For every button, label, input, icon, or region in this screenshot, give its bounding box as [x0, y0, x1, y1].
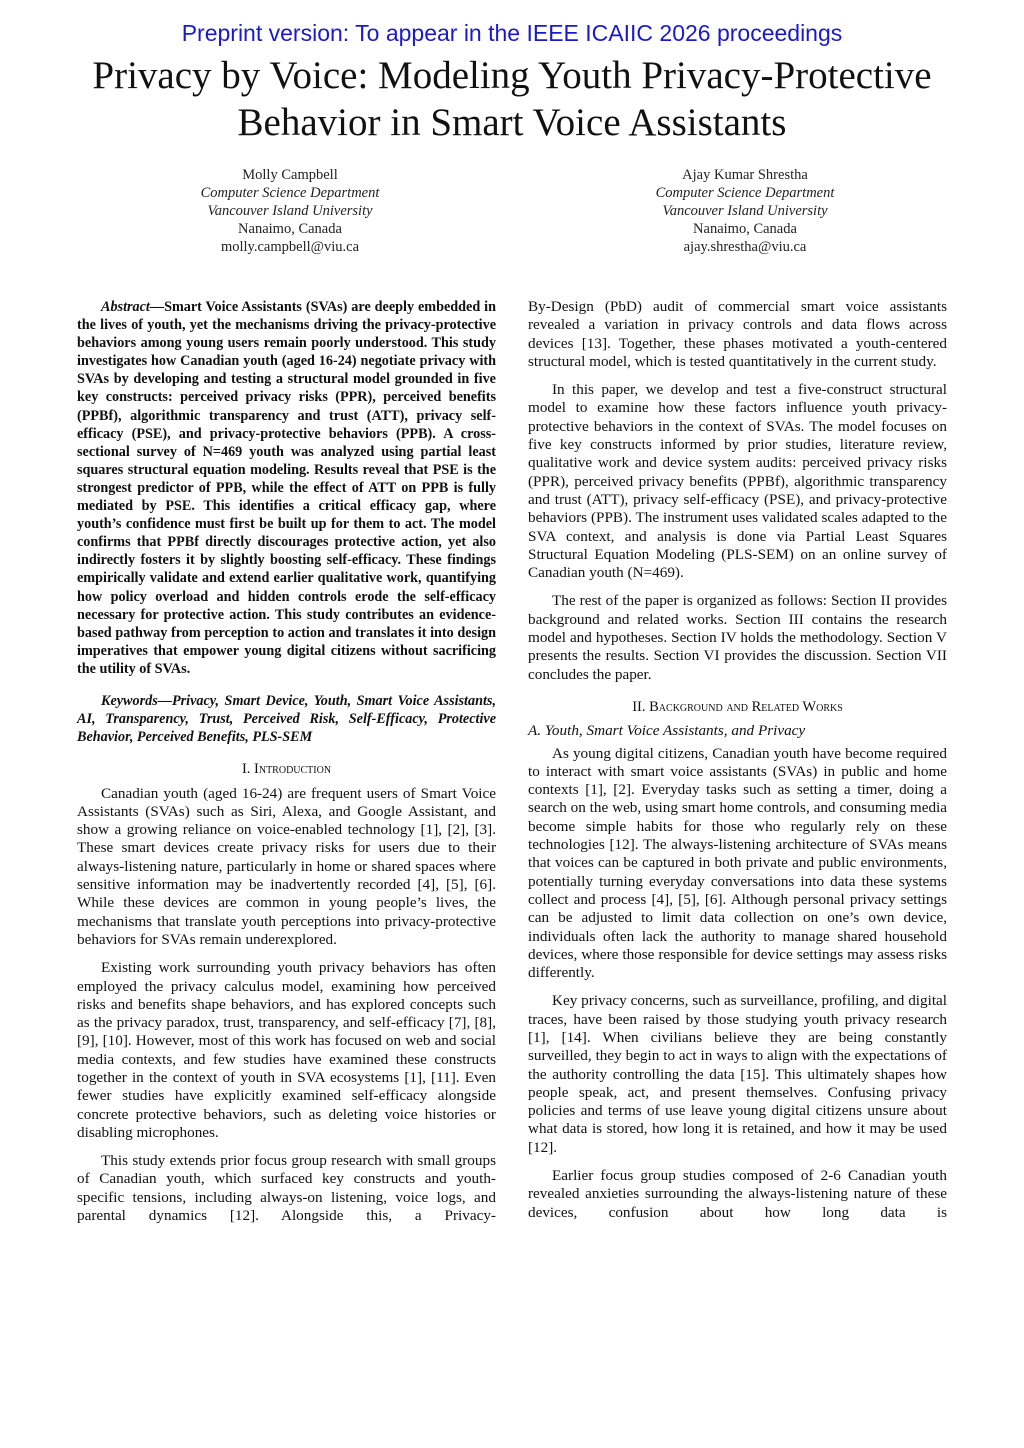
paragraph: By-Design (PbD) audit of commercial smar…: [528, 298, 947, 371]
section-heading-introduction: I. Introduction: [77, 760, 496, 778]
subsection-heading: A. Youth, Smart Voice Assistants, and Pr…: [528, 722, 947, 740]
author-name: Molly Campbell: [125, 166, 455, 184]
paragraph: In this paper, we develop and test a fiv…: [528, 381, 947, 582]
section-heading-background: II. Background and Related Works: [528, 698, 947, 716]
paragraph: Key privacy concerns, such as surveillan…: [528, 992, 947, 1157]
keywords: Keywords—Privacy, Smart Device, Youth, S…: [77, 692, 496, 746]
author-department: Computer Science Department: [125, 184, 455, 202]
author-university: Vancouver Island University: [580, 202, 910, 220]
paragraph: Earlier focus group studies composed of …: [528, 1167, 947, 1222]
author-name: Ajay Kumar Shrestha: [580, 166, 910, 184]
paragraph: Existing work surrounding youth privacy …: [77, 959, 496, 1142]
author-university: Vancouver Island University: [125, 202, 455, 220]
author-block-2: Ajay Kumar Shrestha Computer Science Dep…: [580, 166, 910, 256]
paragraph: This study extends prior focus group res…: [77, 1152, 496, 1225]
author-location: Nanaimo, Canada: [580, 220, 910, 238]
abstract-text: Smart Voice Assistants (SVAs) are deeply…: [77, 299, 496, 677]
left-column: Abstract—Smart Voice Assistants (SVAs) a…: [77, 298, 496, 1235]
keywords-label: Keywords—: [101, 693, 172, 709]
paragraph: As young digital citizens, Canadian yout…: [528, 745, 947, 983]
author-email: ajay.shrestha@viu.ca: [580, 238, 910, 256]
author-email: molly.campbell@viu.ca: [125, 238, 455, 256]
paragraph: The rest of the paper is organized as fo…: [528, 592, 947, 683]
right-column: By-Design (PbD) audit of commercial smar…: [528, 298, 947, 1232]
abstract: Abstract—Smart Voice Assistants (SVAs) a…: [77, 298, 496, 678]
paragraph: Canadian youth (aged 16-24) are frequent…: [77, 785, 496, 950]
abstract-label: Abstract—: [101, 299, 164, 315]
author-department: Computer Science Department: [580, 184, 910, 202]
preprint-banner: Preprint version: To appear in the IEEE …: [0, 20, 1024, 47]
author-block-1: Molly Campbell Computer Science Departme…: [125, 166, 455, 256]
paper-title: Privacy by Voice: Modeling Youth Privacy…: [60, 52, 964, 146]
author-location: Nanaimo, Canada: [125, 220, 455, 238]
